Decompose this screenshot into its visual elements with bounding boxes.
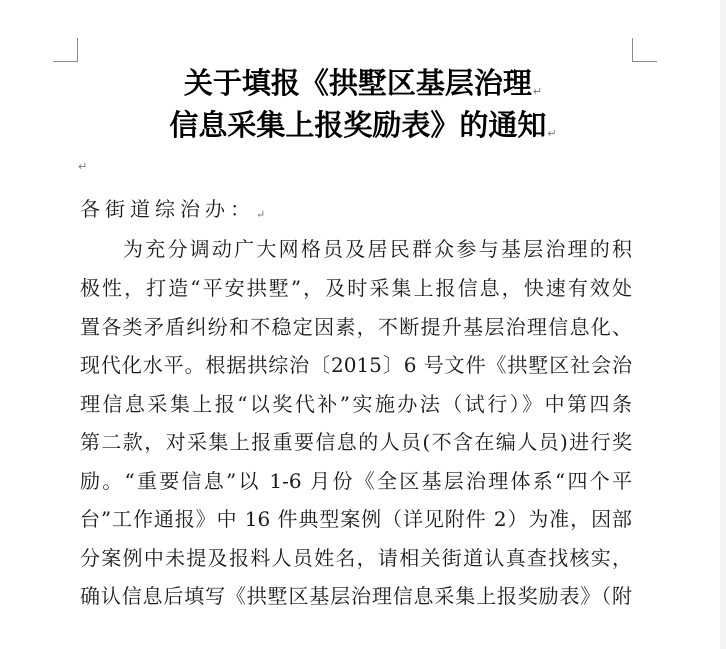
body-line: 现代化水平。根据拱综治〔2015〕6 号文件《拱墅区社会治	[80, 352, 632, 378]
empty-paragraph-mark-icon: ↵	[78, 160, 87, 173]
body-line: 极性，打造“平安拱墅”，及时采集上报信息，快速有效处	[80, 275, 632, 301]
body-line: 励。“重要信息”以 1-6 月份《全区基层治理体系“四个平	[80, 468, 632, 494]
title-text-1: 关于填报《拱墅区基层治理	[184, 66, 532, 100]
body-line: 台”工作通报》中 16 件典型案例（详见附件 2）为准，因部	[80, 506, 632, 532]
paragraph-mark-icon: ↵	[533, 85, 542, 98]
paragraph-mark-icon: ↵	[256, 208, 270, 221]
paragraph-mark-icon: ↵	[547, 127, 556, 140]
salutation: 各街道综治办：↵	[80, 196, 632, 228]
body-line: 分案例中未提及报料人员姓名，请相关街道认真查找核实，	[80, 545, 632, 571]
salutation-text: 各街道综治办：	[80, 197, 255, 221]
crop-mark-top-left	[53, 38, 78, 62]
body-line: 第二款，对采集上报重要信息的人员(不含在编人员)进行奖	[80, 429, 632, 455]
body-line: 置各类矛盾纠纷和不稳定因素，不断提升基层治理信息化、	[80, 314, 632, 340]
body-line: 为充分调动广大网格员及居民群众参与基层治理的积	[123, 236, 632, 262]
body-line: 确认信息后填写《拱墅区基层治理信息采集上报奖励表》（附	[80, 583, 632, 609]
title-text-2: 信息采集上报奖励表》的通知	[169, 108, 546, 142]
document-title-line-2: 信息采集上报奖励表》的通知↵	[0, 104, 726, 155]
crop-mark-top-right	[632, 38, 657, 62]
body-line: 理信息采集上报“以奖代补”实施办法（试行）》中第四条	[80, 391, 632, 417]
